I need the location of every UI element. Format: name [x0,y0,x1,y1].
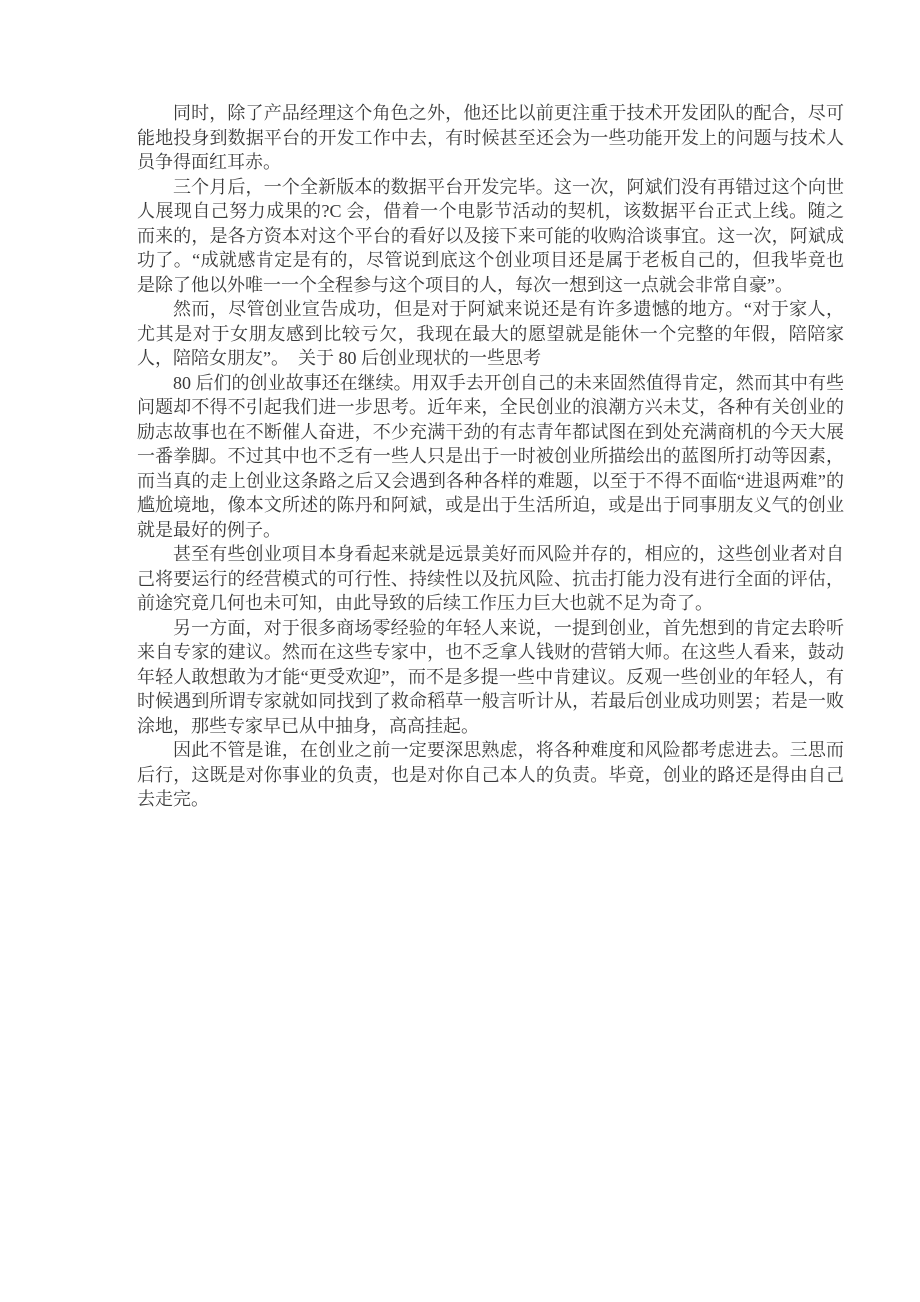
document-body: 同时，除了产品经理这个角色之外，他还比以前更注重于技术开发团队的配合，尽可能地投… [137,101,844,812]
paragraph: 因此不管是谁，在创业之前一定要深思熟虑，将各种难度和风险都考虑进去。三思而后行，… [137,738,844,812]
document-page: 同时，除了产品经理这个角色之外，他还比以前更注重于技术开发团队的配合，尽可能地投… [0,0,920,1302]
paragraph: 然而，尽管创业宣告成功，但是对于阿斌来说还是有许多遗憾的地方。“对于家人，尤其是… [137,297,844,371]
paragraph: 另一方面，对于很多商场零经验的年轻人来说，一提到创业，首先想到的肯定去聆听来自专… [137,616,844,739]
paragraph: 80 后们的创业故事还在继续。用双手去开创自己的未来固然值得肯定，然而其中有些问… [137,371,844,543]
paragraph: 三个月后，一个全新版本的数据平台开发完毕。这一次，阿斌们没有再错过这个向世人展现… [137,175,844,298]
paragraph: 同时，除了产品经理这个角色之外，他还比以前更注重于技术开发团队的配合，尽可能地投… [137,101,844,175]
paragraph: 甚至有些创业项目本身看起来就是远景美好而风险并存的，相应的，这些创业者对自己将要… [137,542,844,616]
